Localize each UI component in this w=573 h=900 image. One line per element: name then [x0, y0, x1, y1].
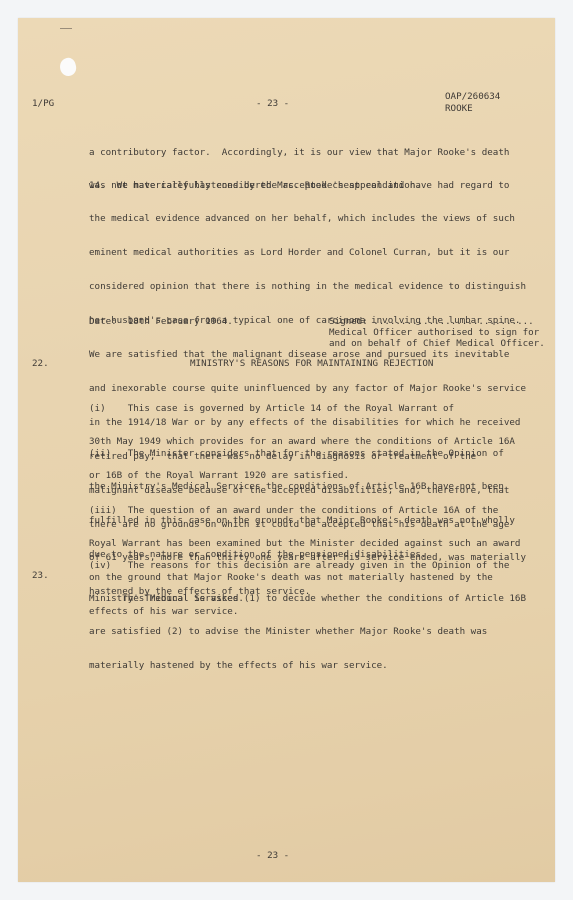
file-reference: OAP/260634 [445, 91, 500, 102]
punch-hole [58, 56, 78, 78]
text-line: The Tribunal is asked (1) to decide whet… [89, 593, 549, 604]
section-number-22: 22. [32, 358, 49, 369]
signature-line: Signed: ............................. [329, 316, 534, 327]
text-line: are satisfied (2) to advise the Minister… [89, 626, 549, 637]
text-line: the medical evidence advanced on her beh… [89, 213, 549, 224]
date-line: Date: 18th February 1964. [89, 316, 233, 327]
page-number-top: - 23 - [256, 98, 289, 109]
text-line: materially hastened by the effects of hi… [89, 660, 549, 671]
page-number-bottom: - 23 - [256, 850, 289, 861]
left-reference: 1/PG [32, 98, 54, 109]
text-line: considered opinion that there is nothing… [89, 281, 549, 292]
text-line: (iii) The question of an award under the… [89, 505, 549, 516]
ink-mark [60, 28, 72, 29]
section-number-23: 23. [32, 570, 49, 581]
subject-name: ROOKE [445, 103, 473, 114]
tribunal-request: The Tribunal is asked (1) to decide whet… [89, 570, 549, 694]
text-line: (ii) The Minister considers that for the… [89, 448, 549, 459]
section-heading: MINISTRY'S REASONS FOR MAINTAINING REJEC… [190, 358, 433, 369]
text-line: eminent medical authorities as Lord Hord… [89, 247, 549, 258]
text-line: (i) This case is governed by Article 14 … [89, 403, 549, 414]
text-line: 14. We have carefully considered Mrs. Ro… [89, 180, 549, 191]
signatory-line-2: and on behalf of Chief Medical Officer. [329, 338, 545, 349]
document-page: 1/PG - 23 - OAP/260634 ROOKE a contribut… [18, 18, 555, 882]
signatory-line-1: Medical Officer authorised to sign for [329, 327, 539, 338]
